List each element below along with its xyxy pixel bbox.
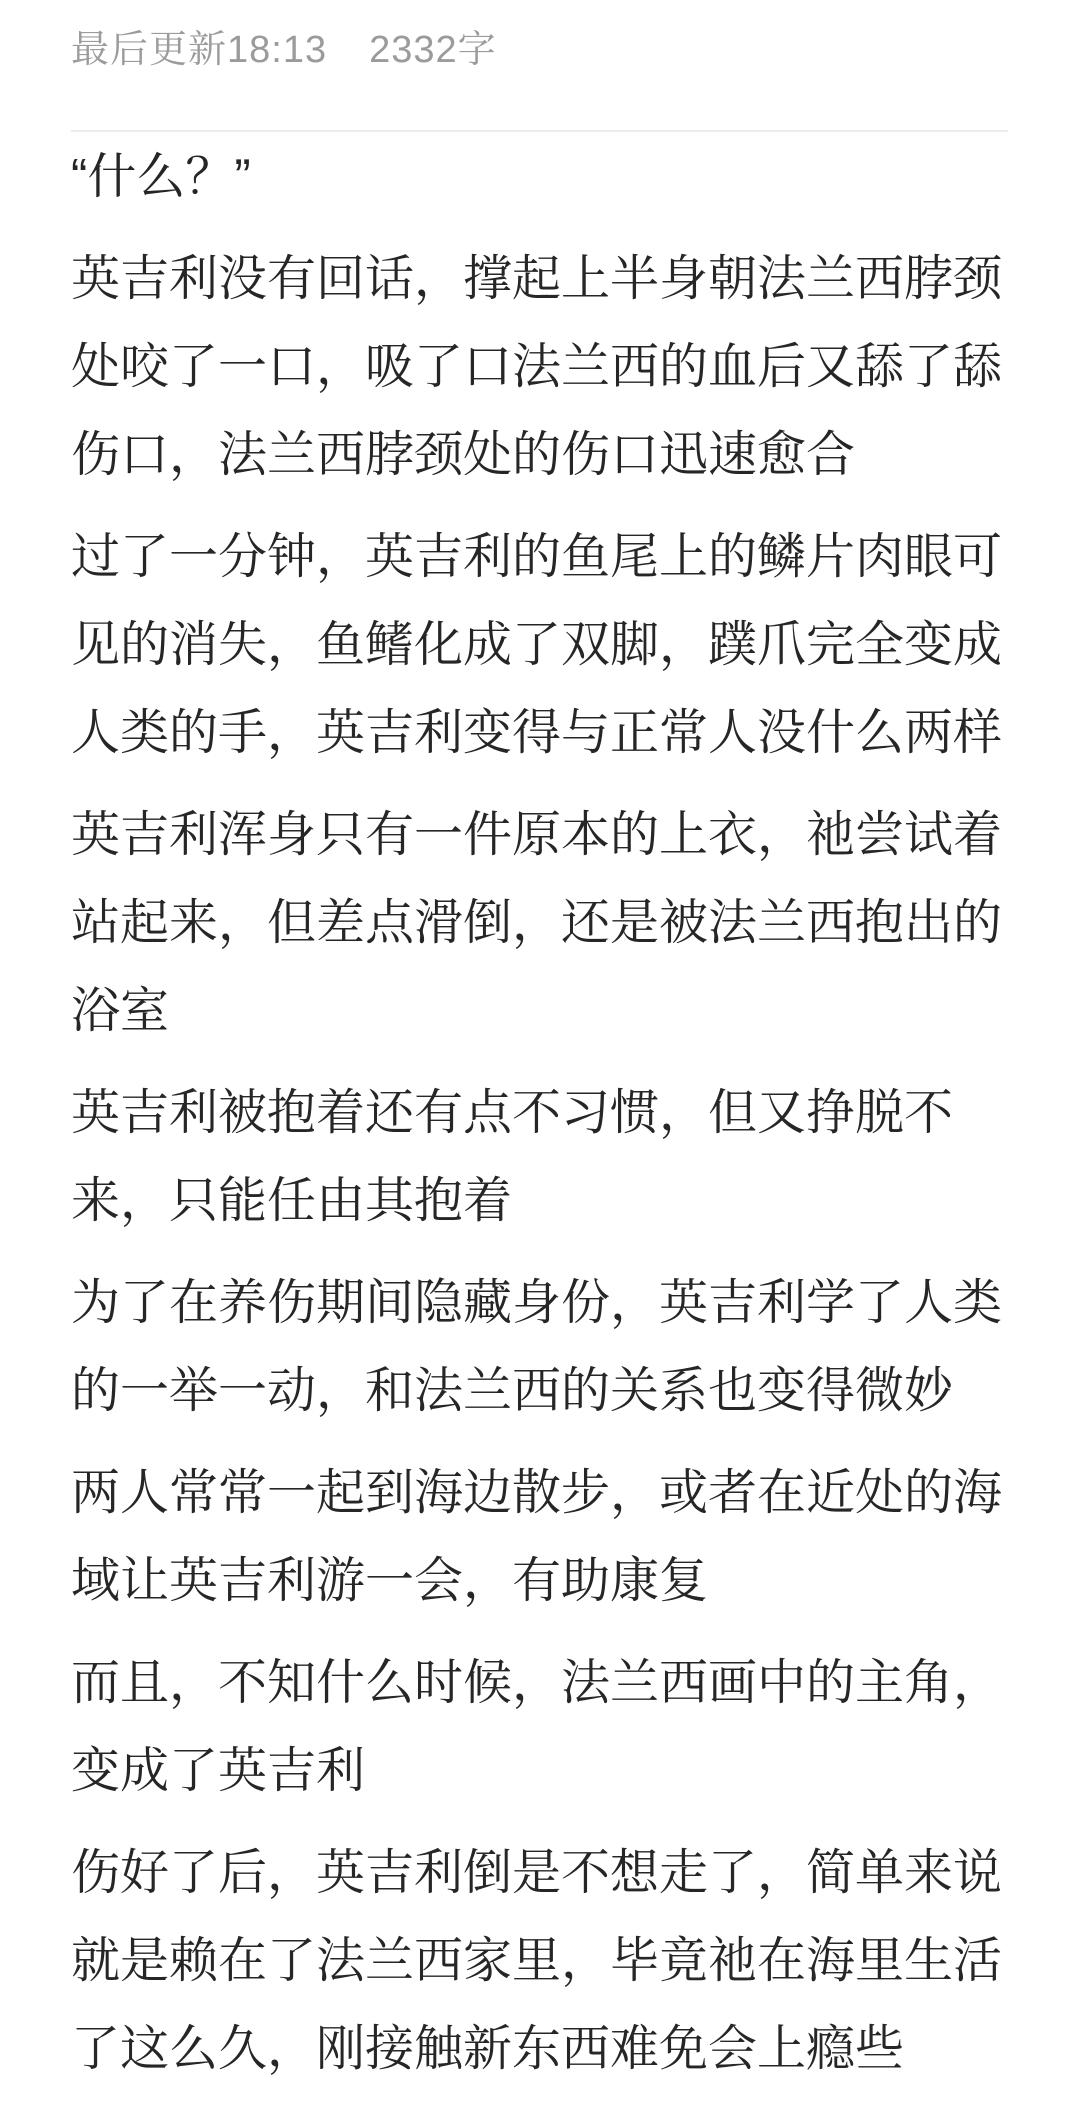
text-line: 浴室: [71, 967, 1008, 1055]
text-line: 英吉利没有回话，撑起上半身朝法兰西脖颈: [71, 235, 1008, 323]
text-line: 而且，不知什么时候，法兰西画中的主角，: [71, 1639, 1008, 1727]
text-line: 伤口，法兰西脖颈处的伤口迅速愈合: [71, 411, 1008, 499]
text-line: “什么？”: [71, 133, 1008, 221]
text-line: 变成了英吉利: [71, 1727, 1008, 1815]
text-line: 来，只能任由其抱着: [71, 1157, 1008, 1245]
text-line: 两人常常一起到海边散步，或者在近处的海: [71, 1449, 1008, 1537]
text-line: 人类的手，英吉利变得与正常人没什么两样: [71, 689, 1008, 777]
paragraph: 英吉利没有回话，撑起上半身朝法兰西脖颈 处咬了一口，吸了口法兰西的血后又舔了舔 …: [71, 235, 1008, 499]
last-updated-text: 最后更新18:13: [71, 29, 327, 71]
text-line: 为了在养伤期间隐藏身份，英吉利学了人类: [71, 1259, 1008, 1347]
meta-row: 最后更新18:132332字: [71, 0, 1008, 74]
text-line: 站起来，但差点滑倒，还是被法兰西抱出的: [71, 879, 1008, 967]
header-divider: [71, 130, 1008, 132]
text-line: 处咬了一口，吸了口法兰西的血后又舔了舔: [71, 323, 1008, 411]
word-count-text: 2332字: [369, 29, 497, 71]
text-line: 域让英吉利游一会，有助康复: [71, 1537, 1008, 1625]
text-line: 见的消失，鱼鳍化成了双脚，蹼爪完全变成: [71, 601, 1008, 689]
text-line: 就是赖在了法兰西家里，毕竟祂在海里生活: [71, 1917, 1008, 2005]
text-line: 了这么久，刚接触新东西难免会上瘾些: [71, 2005, 1008, 2093]
paragraph: 伤好了后，英吉利倒是不想走了，简单来说 就是赖在了法兰西家里，毕竟祂在海里生活 …: [71, 1829, 1008, 2093]
paragraph: 英吉利被抱着还有点不习惯，但又挣脱不 来，只能任由其抱着: [71, 1069, 1008, 1245]
paragraph: 过了一分钟，英吉利的鱼尾上的鳞片肉眼可 见的消失，鱼鳍化成了双脚，蹼爪完全变成 …: [71, 513, 1008, 777]
text-line: 英吉利浑身只有一件原本的上衣，祂尝试着: [71, 791, 1008, 879]
text-line: 伤好了后，英吉利倒是不想走了，简单来说: [71, 1829, 1008, 1917]
text-line: 英吉利被抱着还有点不习惯，但又挣脱不: [71, 1069, 1008, 1157]
text-line: 的一举一动，和法兰西的关系也变得微妙: [71, 1347, 1008, 1435]
paragraph: 为了在养伤期间隐藏身份，英吉利学了人类 的一举一动，和法兰西的关系也变得微妙: [71, 1259, 1008, 1435]
article-body: “什么？” 英吉利没有回话，撑起上半身朝法兰西脖颈 处咬了一口，吸了口法兰西的血…: [71, 133, 1008, 2093]
paragraph: 而且，不知什么时候，法兰西画中的主角， 变成了英吉利: [71, 1639, 1008, 1815]
paragraph: 英吉利浑身只有一件原本的上衣，祂尝试着 站起来，但差点滑倒，还是被法兰西抱出的 …: [71, 791, 1008, 1055]
paragraph: 两人常常一起到海边散步，或者在近处的海 域让英吉利游一会，有助康复: [71, 1449, 1008, 1625]
text-line: 过了一分钟，英吉利的鱼尾上的鳞片肉眼可: [71, 513, 1008, 601]
article-page: 最后更新18:132332字 “什么？” 英吉利没有回话，撑起上半身朝法兰西脖颈…: [0, 0, 1079, 2121]
paragraph: “什么？”: [71, 133, 1008, 221]
